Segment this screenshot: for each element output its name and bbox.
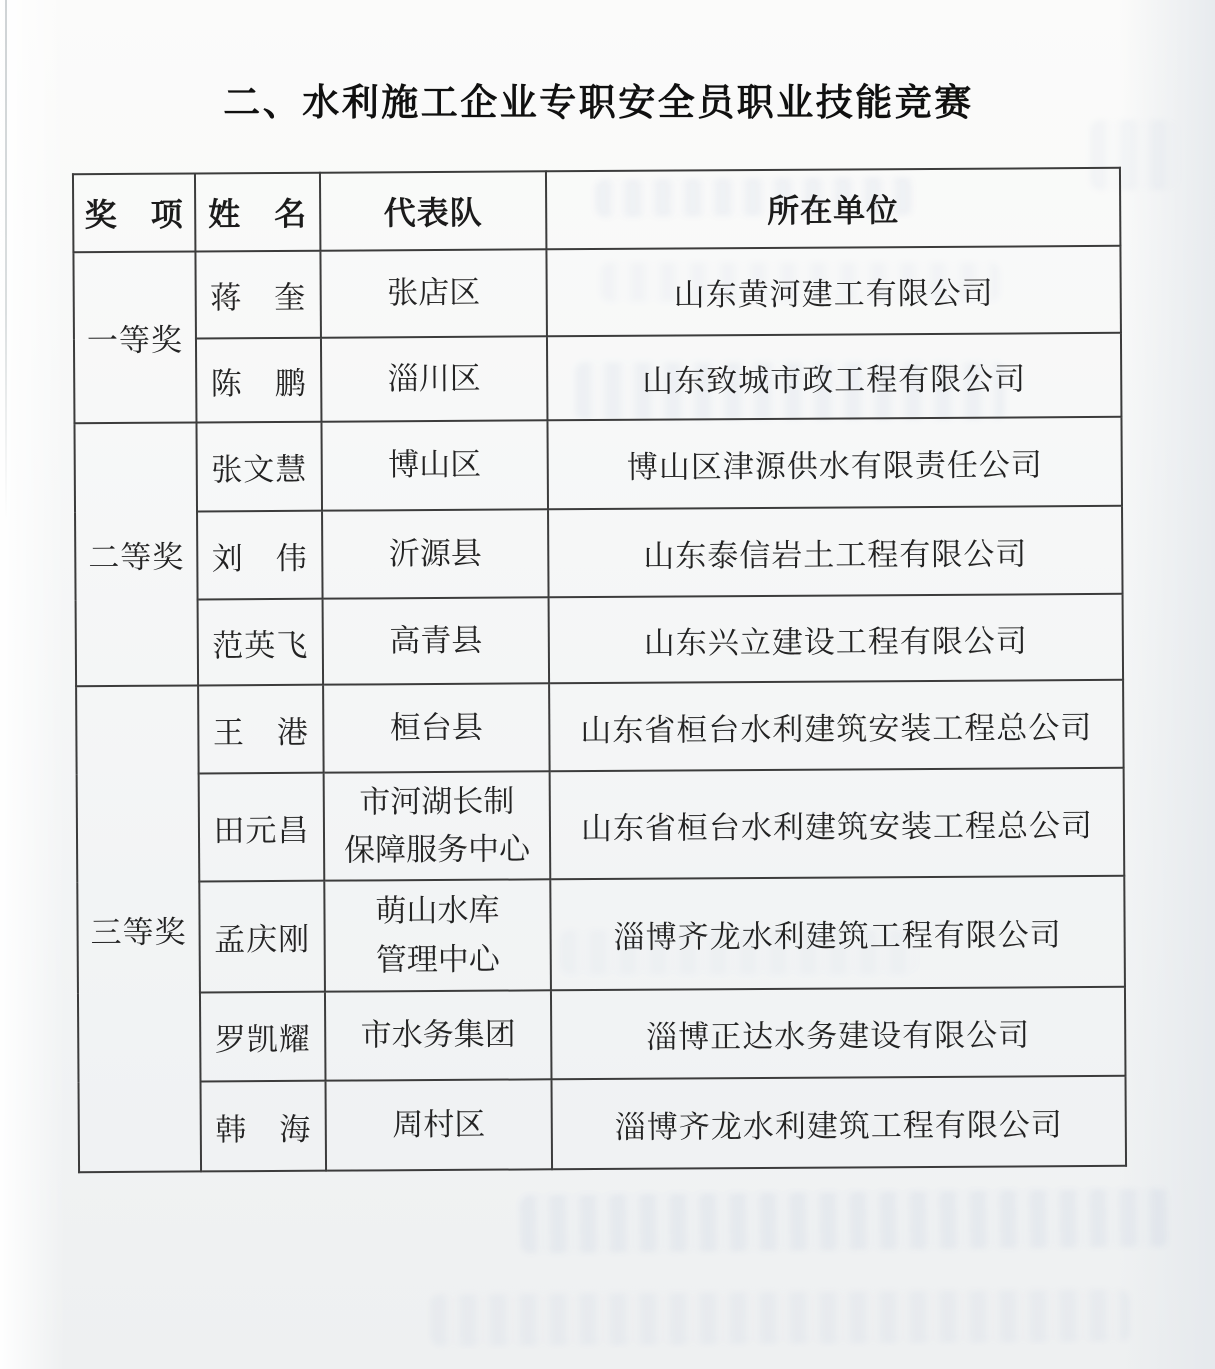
header-cell-team: 代表队 [320, 171, 546, 250]
team-cell: 桓台县 [323, 683, 550, 772]
organization-cell: 山东省桓台水利建筑安装工程总公司 [550, 768, 1125, 880]
award-cell-first-prize: 一等奖 [73, 251, 196, 423]
table-row: 刘 伟 沂源县 山东泰信岩土工程有限公司 [75, 506, 1123, 600]
header-cell-award: 奖 项 [73, 173, 195, 252]
organization-cell: 山东兴立建设工程有限公司 [549, 594, 1124, 684]
award-cell-second-prize: 二等奖 [74, 422, 198, 686]
name-cell: 刘 伟 [197, 511, 323, 600]
organization-cell: 山东黄河建工有限公司 [546, 246, 1121, 337]
organization-cell: 淄博齐龙水利建筑工程有限公司 [550, 876, 1125, 991]
name-cell: 韩 海 [201, 1081, 327, 1172]
name-cell: 孟庆刚 [199, 881, 325, 993]
team-cell: 高青县 [323, 597, 550, 684]
name-cell: 蒋 奎 [195, 251, 321, 339]
awards-table: 奖 项 姓 名 代表队 所在单位 一等奖 蒋 奎 张店区 山东黄河建工有限公司 … [72, 167, 1127, 1173]
name-cell: 罗凯耀 [200, 992, 326, 1082]
team-cell: 张店区 [320, 249, 547, 337]
table-row: 范英飞 高青县 山东兴立建设工程有限公司 [76, 594, 1124, 686]
page-title: 二、水利施工企业专职安全员职业技能竞赛 [75, 80, 1122, 126]
team-cell: 博山区 [321, 420, 548, 510]
table-row: 二等奖 张文慧 博山区 博山区津源供水有限责任公司 [74, 417, 1122, 512]
bleed-through-artifact [520, 1189, 1171, 1254]
name-cell: 范英飞 [198, 599, 324, 686]
name-cell: 王 港 [198, 685, 324, 774]
table-header-row: 奖 项 姓 名 代表队 所在单位 [73, 168, 1120, 252]
organization-cell: 淄博正达水务建设有限公司 [551, 987, 1126, 1080]
team-cell: 市水务集团 [325, 990, 552, 1080]
team-cell: 市河湖长制 保障服务中心 [324, 771, 551, 880]
header-cell-name: 姓 名 [195, 173, 320, 252]
scanned-document-page: 二、水利施工企业专职安全员职业技能竞赛 奖 项 姓 名 代表队 所在单位 一等奖 [0, 0, 1215, 1369]
table-row: 三等奖 王 港 桓台县 山东省桓台水利建筑安装工程总公司 [76, 680, 1124, 774]
table-row: 田元昌 市河湖长制 保障服务中心 山东省桓台水利建筑安装工程总公司 [77, 768, 1125, 882]
award-cell-third-prize: 三等奖 [76, 685, 201, 1172]
organization-cell: 山东泰信岩土工程有限公司 [548, 506, 1123, 598]
name-cell: 田元昌 [199, 773, 325, 882]
organization-cell: 淄博齐龙水利建筑工程有限公司 [551, 1076, 1126, 1170]
document-content: 二、水利施工企业专职安全员职业技能竞赛 奖 项 姓 名 代表队 所在单位 一等奖 [75, 0, 1122, 1170]
team-cell: 淄川区 [321, 336, 548, 421]
team-cell: 周村区 [326, 1079, 553, 1170]
table-row: 陈 鹏 淄川区 山东致城市政工程有限公司 [74, 333, 1121, 423]
header-cell-organization: 所在单位 [546, 168, 1120, 250]
table-row: 一等奖 蒋 奎 张店区 山东黄河建工有限公司 [73, 246, 1121, 339]
bleed-through-artifact [430, 1290, 1130, 1347]
organization-cell: 山东致城市政工程有限公司 [547, 333, 1122, 421]
table-row: 罗凯耀 市水务集团 淄博正达水务建设有限公司 [78, 987, 1126, 1082]
scanner-edge-line [5, 0, 7, 520]
table-row: 韩 海 周村区 淄博齐龙水利建筑工程有限公司 [79, 1076, 1127, 1172]
team-cell: 萌山水库 管理中心 [324, 879, 551, 991]
name-cell: 张文慧 [196, 422, 322, 512]
table-row: 孟庆刚 萌山水库 管理中心 淄博齐龙水利建筑工程有限公司 [77, 876, 1125, 993]
organization-cell: 博山区津源供水有限责任公司 [547, 417, 1122, 510]
team-cell: 沂源县 [322, 509, 549, 598]
organization-cell: 山东省桓台水利建筑安装工程总公司 [549, 680, 1124, 772]
name-cell: 陈 鹏 [196, 338, 322, 423]
